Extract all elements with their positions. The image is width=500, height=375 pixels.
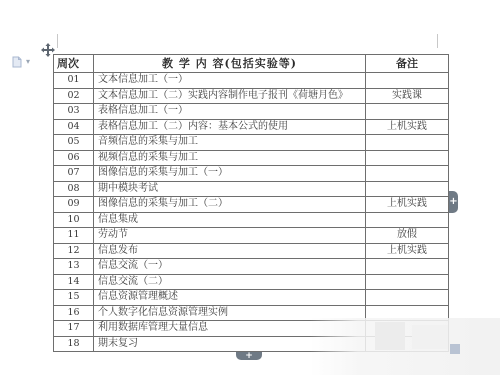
cell-note[interactable]	[366, 259, 449, 275]
table-row: 03表格信息加工（一）	[54, 104, 449, 120]
cell-note[interactable]	[366, 166, 449, 182]
table-row: 05音频信息的采集与加工	[54, 135, 449, 151]
table-row: 09图像信息的采集与加工（二）上机实践	[54, 197, 449, 213]
cell-note[interactable]: 上机实践	[366, 243, 449, 259]
cell-content[interactable]: 表格信息加工（二）内容：基本公式的使用	[94, 119, 366, 135]
table-row: 08期中模块考试	[54, 181, 449, 197]
cell-content[interactable]: 信息发布	[94, 243, 366, 259]
cell-note[interactable]: 上机实践	[366, 119, 449, 135]
table-row: 04表格信息加工（二）内容：基本公式的使用上机实践	[54, 119, 449, 135]
schedule-table: 周次 教 学 内 容(包括实验等) 备注 01文本信息加工（一） 02文本信息加…	[53, 54, 449, 352]
cell-content[interactable]: 信息交流（二）	[94, 274, 366, 290]
cell-content[interactable]: 劳动节	[94, 228, 366, 244]
cell-week[interactable]: 13	[54, 259, 94, 275]
cell-content[interactable]: 信息交流（一）	[94, 259, 366, 275]
cell-week[interactable]: 07	[54, 166, 94, 182]
cell-content[interactable]: 视频信息的采集与加工	[94, 150, 366, 166]
cell-week[interactable]: 03	[54, 104, 94, 120]
cell-note[interactable]: 放假	[366, 228, 449, 244]
cell-content[interactable]: 信息集成	[94, 212, 366, 228]
cell-note[interactable]	[366, 274, 449, 290]
watermark-blur-block	[412, 325, 448, 349]
table-row: 02文本信息加工（二）实践内容制作电子报刊《荷塘月色》实践课	[54, 88, 449, 104]
cell-week[interactable]: 01	[54, 73, 94, 89]
watermark-blur-block	[375, 322, 405, 350]
table-row: 06视频信息的采集与加工	[54, 150, 449, 166]
add-row-button[interactable]: +	[236, 352, 262, 360]
header-week[interactable]: 周次	[54, 55, 94, 73]
cell-note[interactable]: 实践课	[366, 88, 449, 104]
plus-icon: +	[245, 352, 253, 361]
header-content[interactable]: 教 学 内 容(包括实验等)	[94, 55, 366, 73]
cell-content[interactable]: 文本信息加工（一）	[94, 73, 366, 89]
add-column-button[interactable]: +	[449, 191, 458, 213]
cell-week[interactable]: 16	[54, 305, 94, 321]
table-row: 13信息交流（一）	[54, 259, 449, 275]
cell-week[interactable]: 18	[54, 336, 94, 352]
cell-week[interactable]: 08	[54, 181, 94, 197]
watermark-blur-overlay	[310, 318, 500, 375]
cell-week[interactable]: 14	[54, 274, 94, 290]
watermark-blur-accent	[450, 344, 460, 354]
cell-week[interactable]: 06	[54, 150, 94, 166]
cell-note[interactable]	[366, 135, 449, 151]
cell-content[interactable]: 图像信息的采集与加工（一）	[94, 166, 366, 182]
cell-note[interactable]	[366, 212, 449, 228]
table-row: 11劳动节放假	[54, 228, 449, 244]
cell-week[interactable]: 05	[54, 135, 94, 151]
cell-content[interactable]: 表格信息加工（一）	[94, 104, 366, 120]
cell-week[interactable]: 09	[54, 197, 94, 213]
cell-note[interactable]	[366, 150, 449, 166]
cell-week[interactable]: 10	[54, 212, 94, 228]
cell-note[interactable]	[366, 73, 449, 89]
table-row: 15信息资源管理概述	[54, 290, 449, 306]
cell-week[interactable]: 11	[54, 228, 94, 244]
cell-week[interactable]: 15	[54, 290, 94, 306]
doc-menu-caret-icon[interactable]: ▾	[26, 57, 30, 66]
cell-week[interactable]: 17	[54, 321, 94, 337]
cell-content[interactable]: 信息资源管理概述	[94, 290, 366, 306]
cell-week[interactable]: 04	[54, 119, 94, 135]
cell-content[interactable]: 期中模块考试	[94, 181, 366, 197]
table-header-row: 周次 教 学 内 容(包括实验等) 备注	[54, 55, 449, 73]
cell-week[interactable]: 12	[54, 243, 94, 259]
table-row: 07图像信息的采集与加工（一）	[54, 166, 449, 182]
cell-note[interactable]	[366, 290, 449, 306]
cell-note[interactable]: 上机实践	[366, 197, 449, 213]
plus-icon: +	[449, 197, 457, 207]
document-icon[interactable]	[11, 56, 23, 68]
cell-content[interactable]: 图像信息的采集与加工（二）	[94, 197, 366, 213]
cell-note[interactable]	[366, 181, 449, 197]
table-row: 10信息集成	[54, 212, 449, 228]
cell-week[interactable]: 02	[54, 88, 94, 104]
table-row: 14信息交流（二）	[54, 274, 449, 290]
cell-content[interactable]: 文本信息加工（二）实践内容制作电子报刊《荷塘月色》	[94, 88, 366, 104]
cell-note[interactable]	[366, 104, 449, 120]
cell-content[interactable]: 音频信息的采集与加工	[94, 135, 366, 151]
table-row: 12信息发布上机实践	[54, 243, 449, 259]
header-note[interactable]: 备注	[366, 55, 449, 73]
page-corner-mark-right	[437, 34, 438, 48]
table-row: 01文本信息加工（一）	[54, 73, 449, 89]
page-corner-mark-left	[57, 34, 58, 48]
